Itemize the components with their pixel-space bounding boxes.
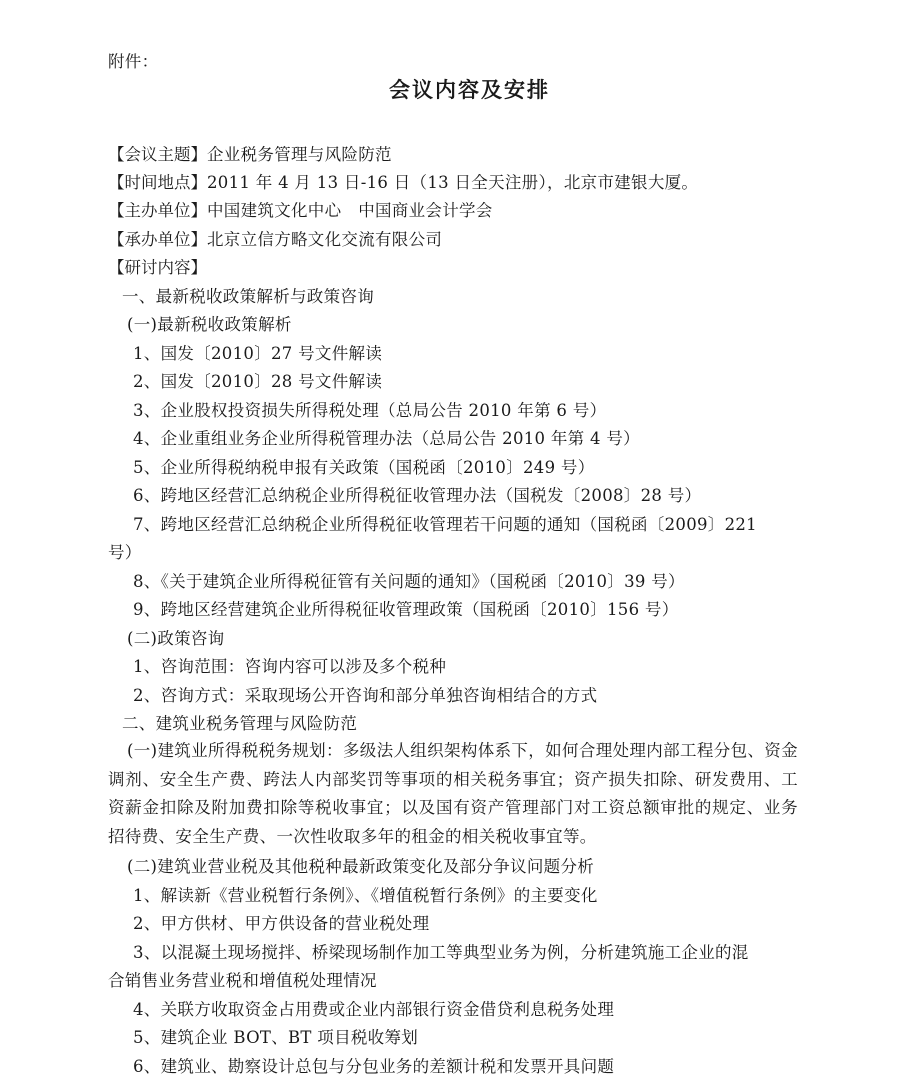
attachment-label: 附件：: [108, 51, 158, 73]
subsection-heading: (二)政策咨询: [127, 628, 224, 650]
list-item: 1、咨询范围：咨询内容可以涉及多个税种: [133, 656, 446, 678]
list-item: 1、国发〔2010〕27 号文件解读: [133, 343, 382, 365]
subsection-heading: (二)建筑业营业税及其他税种最新政策变化及部分争议问题分析: [127, 856, 594, 878]
section-heading: 二、建筑业税务管理与风险防范: [122, 713, 357, 735]
list-item: 2、甲方供材、甲方供设备的营业税处理: [133, 913, 429, 935]
meta-label: 【时间地点】: [108, 173, 207, 192]
meta-value: 中国建筑文化中心 中国商业会计学会: [207, 201, 493, 220]
meta-organizer: 【主办单位】中国建筑文化中心 中国商业会计学会: [108, 200, 493, 222]
meta-content: 【研讨内容】: [108, 257, 207, 279]
meta-value: 企业税务管理与风险防范: [207, 145, 392, 164]
list-item: 9、跨地区经营建筑企业所得税征收管理政策（国税函〔2010〕156 号）: [133, 599, 679, 621]
meta-value: 北京立信方略文化交流有限公司: [207, 230, 442, 249]
list-item: 5、建筑企业 BOT、BT 项目税收筹划: [133, 1027, 418, 1049]
list-item: 6、建筑业、勘察设计总包与分包业务的差额计税和发票开具问题: [133, 1056, 614, 1078]
list-item: 2、国发〔2010〕28 号文件解读: [133, 371, 382, 393]
meta-host: 【承办单位】北京立信方略文化交流有限公司: [108, 229, 442, 251]
list-item: 1、解读新《营业税暂行条例》、《增值税暂行条例》的主要变化: [133, 885, 598, 907]
meta-label: 【会议主题】: [108, 145, 207, 164]
meta-time-place: 【时间地点】2011 年 4 月 13 日-16 日（13 日全天注册），北京市…: [108, 172, 698, 194]
list-item: 2、咨询方式：采取现场公开咨询和部分单独咨询相结合的方式: [133, 685, 597, 707]
meta-label: 【研讨内容】: [108, 258, 207, 277]
list-item-continuation: 合销售业务营业税和增值税处理情况: [108, 970, 377, 992]
list-item: 5、企业所得税纳税申报有关政策（国税函〔2010〕249 号）: [133, 457, 595, 479]
document-title: 会议内容及安排: [0, 76, 899, 104]
list-item: 8、《关于建筑企业所得税征管有关问题的通知》（国税函〔2010〕39 号）: [133, 571, 685, 593]
subsection-heading: (一)最新税收政策解析: [127, 314, 292, 336]
list-item: 7、跨地区经营汇总纳税企业所得税征收管理若干问题的通知（国税函〔2009〕221: [133, 514, 757, 536]
list-item: 6、跨地区经营汇总纳税企业所得税征收管理办法（国税发〔2008〕28 号）: [133, 485, 701, 507]
meta-value: 2011 年 4 月 13 日-16 日（13 日全天注册），北京市建银大厦。: [207, 173, 698, 192]
meta-label: 【承办单位】: [108, 230, 207, 249]
paragraph: (一)建筑业所得税税务规划：多级法人组织架构体系下，如何合理处理内部工程分包、资…: [108, 737, 798, 851]
meta-topic: 【会议主题】企业税务管理与风险防范: [108, 144, 392, 166]
list-item: 3、以混凝土现场搅拌、桥梁现场制作加工等典型业务为例，分析建筑施工企业的混: [133, 942, 749, 964]
meta-label: 【主办单位】: [108, 201, 207, 220]
document-page: 附件： 会议内容及安排 【会议主题】企业税务管理与风险防范 【时间地点】2011…: [0, 0, 899, 1084]
list-item: 4、企业重组业务企业所得税管理办法（总局公告 2010 年第 4 号）: [133, 428, 640, 450]
list-item: 3、企业股权投资损失所得税处理（总局公告 2010 年第 6 号）: [133, 400, 606, 422]
list-item: 4、关联方收取资金占用费或企业内部银行资金借贷利息税务处理: [133, 999, 614, 1021]
list-item-continuation: 号）: [108, 542, 142, 564]
section-heading: 一、最新税收政策解析与政策咨询: [122, 286, 374, 308]
